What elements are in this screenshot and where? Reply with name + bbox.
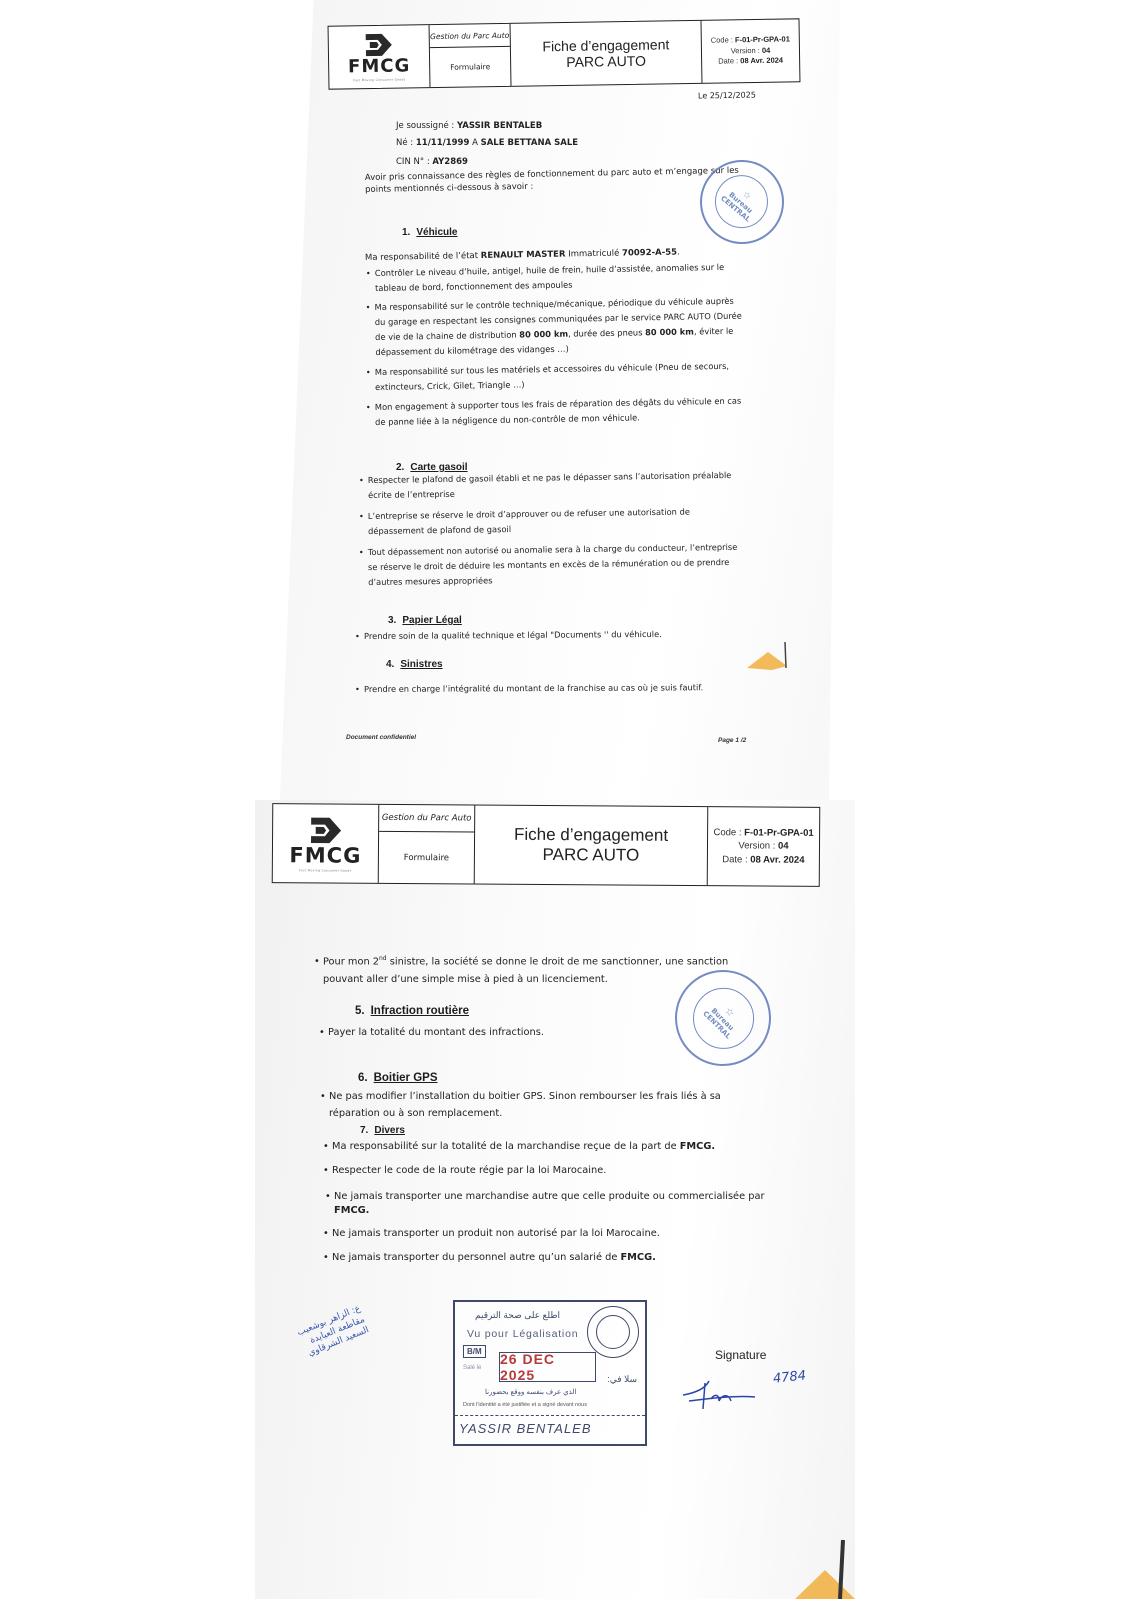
page-2: FMCG Fast Moving Consumer Goods Gestion …	[255, 800, 855, 1599]
bullet-item: Mon engagement à supporter tous les frai…	[375, 394, 775, 428]
department-label: Gestion du Parc Auto	[430, 24, 510, 48]
form-title: Fiche d’engagement PARC AUTO	[511, 21, 703, 86]
legalisation-stamp: اطلع على صحة الترقيم Vu pour Légalisatio…	[453, 1300, 647, 1446]
signature-number: 4784	[772, 1368, 806, 1386]
continued-bullet: Pour mon 2nd sinistre, la société se don…	[323, 955, 853, 988]
identity-birth: Né : 11/11/1999 A SALE BETTANA SALE	[396, 138, 578, 150]
form-code-block: Code : F-01-Pr-GPA-01 Version : 04 Date …	[708, 807, 820, 886]
legal-arabic-line-2: الذي عرف بنفسه ووقع بحضورنا	[485, 1388, 576, 1396]
legal-arabic-header: اطلع على صحة الترقيم	[475, 1310, 560, 1321]
fmcg-logo: FMCG Fast Moving Consumer Goods	[273, 804, 380, 883]
bullet-item: Ma responsabilité sur la totalité de la …	[332, 1140, 852, 1154]
logo-text: FMCG	[348, 57, 410, 76]
logo-text: FMCG	[289, 845, 361, 867]
handwritten-signature	[675, 1375, 765, 1415]
section-1-title: 1.Véhicule	[402, 227, 457, 238]
bullet-item: Tout dépassement non autorisé ou anomali…	[368, 540, 779, 588]
section-4-title: 4.Sinistres	[386, 659, 443, 670]
bullet-item: Prendre en charge l’intégralité du monta…	[364, 681, 784, 695]
section-2-title: 2.Carte gasoil	[396, 462, 468, 473]
title-line-2: PARC AUTO	[543, 845, 640, 866]
code-line: Code : F-01-Pr-GPA-01	[713, 826, 813, 840]
fmcg-arrow-logo-icon	[362, 32, 396, 59]
legal-sale-label: Salé le	[463, 1365, 481, 1371]
fmcg-logo: FMCG Fast Moving Consumer Goods	[329, 25, 431, 89]
bullet-item: Ne jamais transporter du personnel autre…	[332, 1251, 852, 1265]
fmcg-arrow-logo-icon	[305, 815, 345, 845]
handwritten-arabic-note: ع: الزاهر بوشعيب مقاطعة العيايدة السعيد …	[296, 1304, 371, 1362]
section-7-title: 7.Divers	[360, 1125, 405, 1136]
section-3-title: 3.Papier Légal	[388, 615, 462, 626]
yellow-tab-marker	[742, 640, 792, 680]
bullet-item: Payer la totalité du montant des infract…	[328, 1026, 848, 1040]
page-1: FMCG Fast Moving Consumer Goods Gestion …	[280, 0, 840, 800]
doc-type-label: Formulaire	[379, 832, 474, 884]
version-line: Version : 04	[738, 840, 788, 854]
section-6-title: 6.Boitier GPS	[358, 1072, 438, 1084]
section-5-title: 5.Infraction routière	[355, 1005, 469, 1017]
title-line-1: Fiche d’engagement	[514, 825, 668, 846]
form-header: FMCG Fast Moving Consumer Goods Gestion …	[272, 803, 821, 887]
bullet-item: Prendre soin de la qualité technique et …	[364, 627, 784, 642]
legal-box-label: B/M	[463, 1345, 486, 1358]
legal-latin-line: Dont l'identité a été justifiée et a sig…	[463, 1402, 587, 1408]
identity-name: Je soussigné : YASSIR BENTALEB	[396, 121, 542, 133]
official-round-stamp: ☆ Bureau CENTRAL	[688, 148, 796, 256]
document-date: Le 25/12/2025	[698, 89, 756, 101]
logo-tagline: Fast Moving Consumer Goods	[299, 868, 351, 872]
code-line: Code : F-01-Pr-GPA-01	[711, 35, 790, 47]
signature-label: Signature	[715, 1348, 766, 1362]
bullet-item: Ma responsabilité sur tous les matériels…	[375, 359, 775, 393]
title-line-1: Fiche d’engagement	[542, 36, 669, 54]
form-title: Fiche d’engagement PARC AUTO	[475, 806, 709, 886]
footer-confidential: Document confidentiel	[346, 734, 416, 741]
date-line: Date : 08 Avr. 2024	[718, 56, 783, 68]
doc-type-label: Formulaire	[430, 47, 511, 87]
form-meta: Gestion du Parc Auto Formulaire	[379, 805, 476, 884]
legal-latin-header: Vu pour Légalisation	[467, 1328, 578, 1340]
department-label: Gestion du Parc Auto	[379, 805, 474, 833]
intro-text: Avoir pris connaissance des règles de fo…	[365, 166, 739, 197]
bullet-item: Ma responsabilité sur le contrôle techni…	[375, 294, 776, 358]
bullet-item: Respecter le plafond de gasoil établi et…	[368, 468, 778, 501]
bullet-item: Respecter le code de la route régie par …	[332, 1164, 852, 1178]
title-line-2: PARC AUTO	[566, 53, 646, 70]
legal-signer-name: YASSIR BENTALEB	[455, 1415, 645, 1440]
bullet-item: Ne jamais transporter une marchandise au…	[334, 1190, 854, 1218]
form-meta: Gestion du Parc Auto Formulaire	[430, 24, 512, 87]
version-line: Version : 04	[731, 46, 771, 57]
yellow-tab-marker	[785, 1520, 855, 1599]
form-code-block: Code : F-01-Pr-GPA-01 Version : 04 Date …	[701, 19, 799, 83]
bullet-item: L’entreprise se réserve le droit d’appro…	[368, 504, 778, 537]
identity-cin: CIN N° : AY2869	[396, 157, 468, 169]
form-header: FMCG Fast Moving Consumer Goods Gestion …	[328, 18, 801, 89]
bullet-item: Ne jamais transporter un produit non aut…	[332, 1227, 852, 1241]
legal-arabic-line-1: سلا في:	[607, 1374, 637, 1385]
legal-date: 26 DEC 2025	[499, 1352, 596, 1382]
bullet-item: Contrôler Le niveau d’huile, antigel, hu…	[375, 260, 775, 294]
date-line: Date : 08 Avr. 2024	[722, 853, 804, 867]
footer-page-number: Page 1 /2	[718, 737, 746, 744]
bullet-item: Ne pas modifier l’installation du boitie…	[329, 1090, 849, 1121]
logo-tagline: Fast Moving Consumer Goods	[353, 77, 405, 82]
